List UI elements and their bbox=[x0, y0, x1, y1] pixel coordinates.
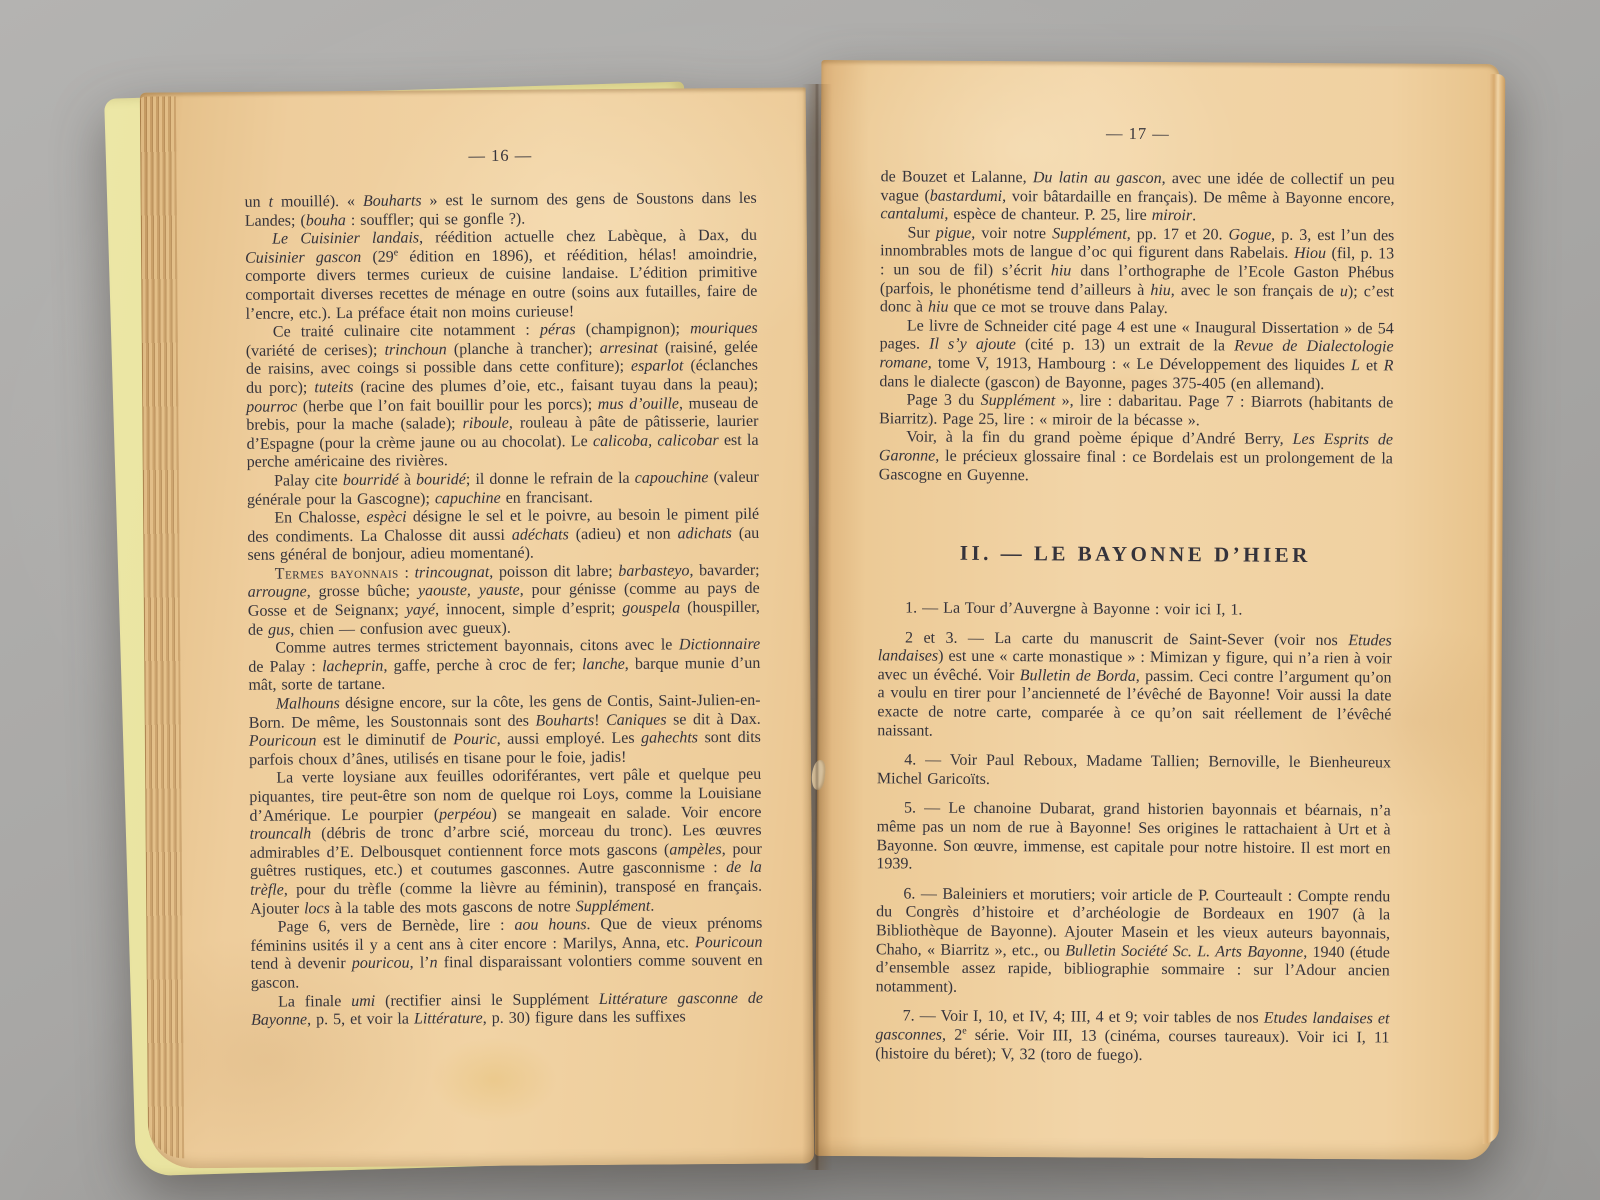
book-gutter bbox=[802, 84, 832, 1170]
paragraph: Palay cite bourridé à bouridé; il donne … bbox=[247, 469, 759, 510]
paragraph: Page 3 du Supplément », lire : dabaritau… bbox=[879, 391, 1393, 431]
page-16: — 16 — un t mouillé). « Bouharts » est l… bbox=[140, 87, 814, 1168]
page-16-text: un t mouillé). « Bouharts » est le surno… bbox=[245, 190, 764, 1031]
paragraph: Le Cuisinier landais, réédition actuelle… bbox=[245, 227, 758, 324]
paragraph: 4. — Voir Paul Reboux, Madame Tallien; B… bbox=[877, 752, 1391, 792]
paragraph: Termes bayonnais : trincougnat, poisson … bbox=[248, 562, 761, 640]
paragraph: En Chalosse, espèci désigne le sel et le… bbox=[247, 506, 759, 566]
paragraph: La verte loysiane aux feuilles odoriféra… bbox=[249, 766, 762, 919]
paragraph: Sur pigue, voir notre Supplément, pp. 17… bbox=[880, 224, 1395, 320]
page-17-content: — 17 — de Bouzet et Lalanne, Du latin au… bbox=[875, 122, 1395, 1077]
paragraph: Comme autres termes strictement bayonnai… bbox=[248, 636, 760, 696]
page-edge-stack-left bbox=[140, 96, 184, 1158]
page-number-left: — 16 — bbox=[244, 144, 756, 168]
page-edge-stack-right bbox=[1483, 74, 1506, 1144]
paragraph: de Bouzet et Lalanne, Du latin au gascon… bbox=[880, 168, 1394, 227]
paragraph: Voir, à la fin du grand poème épique d’A… bbox=[879, 429, 1393, 488]
paragraph: 7. — Voir I, 10, et IV, 4; III, 4 et 9; … bbox=[875, 1008, 1389, 1067]
paragraph: Ce traité culinaire cite notamment : pér… bbox=[246, 320, 759, 473]
paragraph: La finale umi (rectifier ainsi le Supplé… bbox=[251, 989, 763, 1030]
paragraph: 6. — Baleiniers et morutiers; voir artic… bbox=[876, 885, 1391, 1000]
paragraph: un t mouillé). « Bouharts » est le surno… bbox=[245, 190, 757, 231]
paragraph: 1. — La Tour d’Auvergne à Bayonne : voir… bbox=[878, 599, 1392, 621]
paragraph: Malhouns désigne encore, sur la côte, le… bbox=[249, 692, 762, 770]
paragraph: 5. — Le chanoine Dubarat, grand historie… bbox=[876, 800, 1390, 878]
open-book: — 16 — un t mouillé). « Bouharts » est l… bbox=[118, 26, 1496, 1170]
page-17-top-text: de Bouzet et Lalanne, Du latin au gascon… bbox=[879, 168, 1395, 487]
page-number-right: — 17 — bbox=[881, 122, 1395, 145]
page-16-content: — 16 — un t mouillé). « Bouharts » est l… bbox=[244, 144, 763, 1031]
section-heading: II. — LE BAYONNE D’HIER bbox=[878, 540, 1392, 568]
paragraph: Page 6, vers de Bernède, lire : aou houn… bbox=[250, 915, 763, 993]
paragraph: 2 et 3. — La carte du manuscrit de Saint… bbox=[877, 629, 1392, 744]
photo-background: — 16 — un t mouillé). « Bouharts » est l… bbox=[0, 0, 1600, 1200]
paragraph: Le livre de Schneider cité page 4 est un… bbox=[879, 317, 1393, 395]
page-17-items: 1. — La Tour d’Auvergne à Bayonne : voir… bbox=[875, 599, 1392, 1066]
page-17: — 17 — de Bouzet et Lalanne, Du latin au… bbox=[815, 60, 1500, 1160]
